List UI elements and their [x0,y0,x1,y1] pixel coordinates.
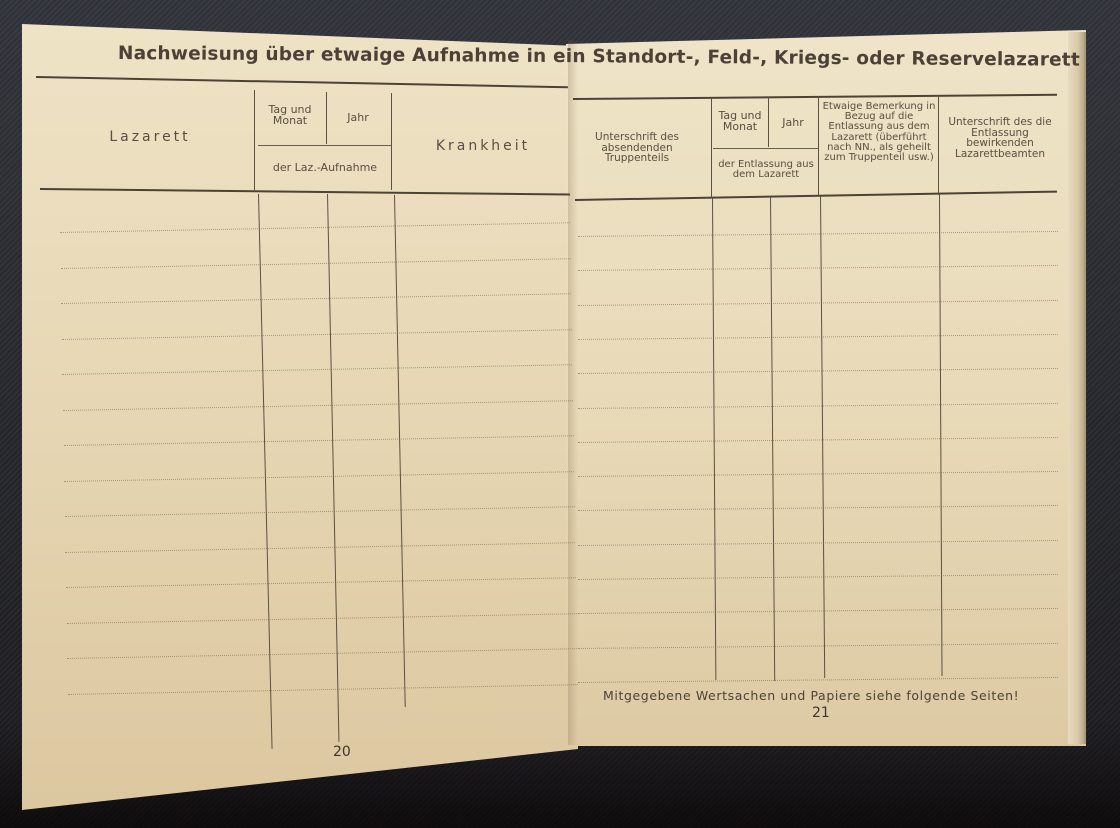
page-number-right: 21 [812,705,830,721]
column-header-tag-und-monat-aufnahme: Tag und Monat [258,104,322,126]
page-number-left: 20 [333,744,351,760]
header-divider [258,145,391,146]
header-divider [391,93,392,190]
header-divider [938,95,939,195]
column-header-jahr-entlassung: Jahr [770,117,816,128]
header-divider [326,92,327,144]
column-header-unterschrift-truppenteil: Unterschrift des absendenden Truppenteil… [577,132,697,164]
column-header-tag-und-monat-entlassung: Tag und Monat [713,110,767,132]
header-divider [818,96,819,197]
header-divider [713,148,818,149]
page-stack-edge [1068,32,1086,744]
column-group-laz-aufnahme: der Laz.-Aufnahme [258,162,392,173]
column-header-bemerkung: Etwaige Bemerkung in Bezug auf die Entla… [820,102,938,163]
header-divider [768,97,769,147]
column-group-entlassung: der Entlassung aus dem Lazarett [713,160,819,180]
header-divider [254,90,255,190]
header-divider [711,98,712,198]
column-header-lazarett: Lazarett [60,130,240,144]
column-header-unterschrift-beamten: Unterschrift des die Entlassung bewirken… [942,117,1058,160]
footer-note: Mitgegebene Wertsachen und Papiere siehe… [603,688,1019,703]
column-header-jahr-aufnahme: Jahr [328,112,388,123]
column-header-krankheit: Krankheit [398,139,568,153]
